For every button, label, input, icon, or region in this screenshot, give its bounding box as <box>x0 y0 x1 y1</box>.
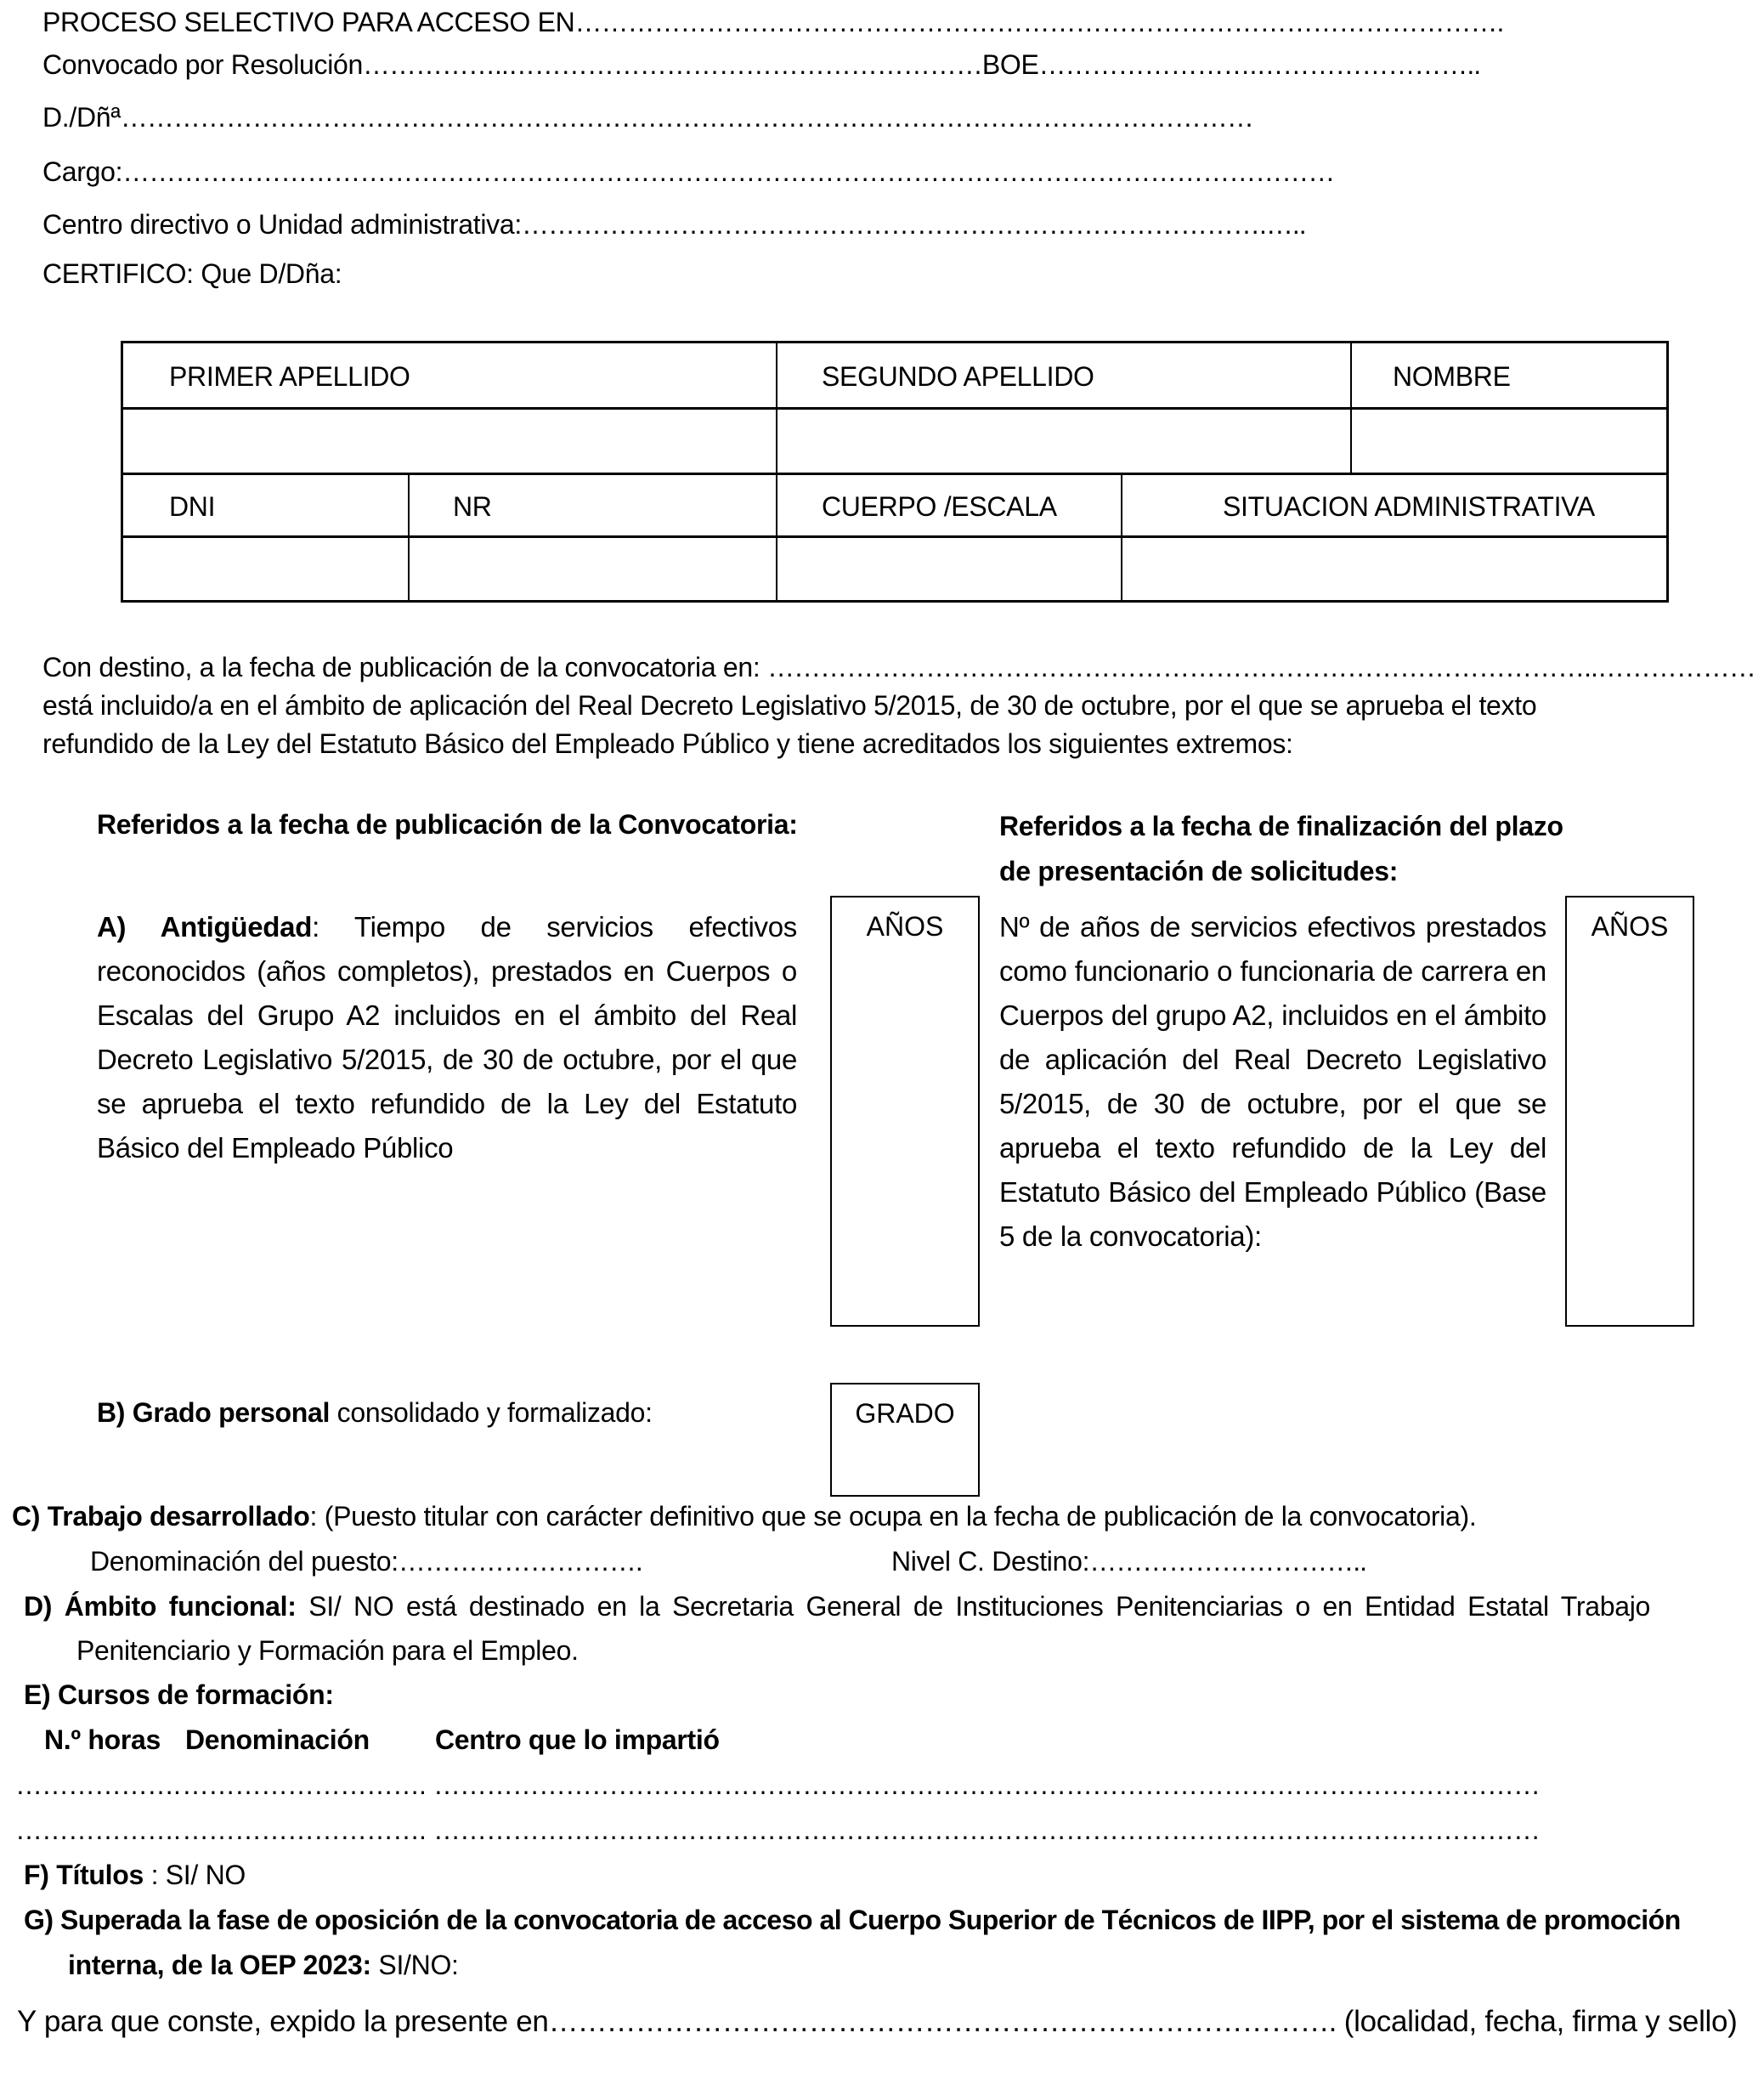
cuerpo-escala-header: CUERPO /ESCALA <box>822 490 1057 524</box>
proceso-label: PROCESO SELECTIVO PARA ACCESO EN <box>42 7 574 37</box>
table-divider <box>123 473 1666 475</box>
servicios-anos-box[interactable]: AÑOS <box>1565 896 1694 1327</box>
ambito-label: D) Ámbito funcional: <box>24 1591 297 1622</box>
antiguedad-label: A) Antigüedad <box>97 911 312 943</box>
puesto-label: Denominación del puesto: <box>90 1546 399 1577</box>
trabajo-line: C) Trabajo desarrollado: (Puesto titular… <box>12 1499 1476 1533</box>
anos-label: AÑOS <box>832 909 978 943</box>
curso-2-centro-field[interactable]: …………………………………………………………………………………………………………… <box>433 1813 1540 1847</box>
trabajo-text: : (Puesto titular con carácter definitiv… <box>310 1501 1477 1532</box>
situacion-administrativa-header: SITUACION ADMINISTRATIVA <box>1223 490 1595 524</box>
cursos-header-horas: N.º horas <box>44 1723 161 1757</box>
boe-label: BOE <box>982 49 1039 80</box>
antiguedad-text: : Tiempo de servicios efectivos reconoci… <box>97 911 797 1164</box>
nivel-label: Nivel C. Destino: <box>891 1546 1089 1577</box>
curso-2-horas-field[interactable]: ………………. <box>15 1813 180 1847</box>
destino-text-line3: refundido de la Ley del Estatuto Básico … <box>42 727 1293 761</box>
table-divider <box>776 343 777 473</box>
expido-line: Y para que conste, expido la presente en… <box>17 2003 1738 2041</box>
grado-label: B) Grado personal <box>97 1397 330 1428</box>
situacion-administrativa-field[interactable] <box>1126 541 1665 598</box>
cargo-label: Cargo: <box>42 156 122 187</box>
nr-field[interactable] <box>412 541 772 598</box>
curso-1-denominacion-field[interactable]: ………………………. <box>182 1768 426 1802</box>
grado-line: B) Grado personal consolidado y formaliz… <box>97 1396 653 1430</box>
cargo-line: Cargo:…………………………………………………………………………………………… <box>42 155 1334 189</box>
cursos-label: E) Cursos de formación: <box>24 1678 334 1712</box>
ambito-text: SI/ NO está destinado en la Secretaria G… <box>297 1591 1650 1622</box>
centro-label: Centro directivo o Unidad administrativa… <box>42 209 522 240</box>
curso-1-horas-field[interactable]: ………………. <box>15 1768 180 1802</box>
certifico-line: CERTIFICO: Que D/Dña: <box>42 257 342 291</box>
expido-label: Y para que conste, expido la presente en <box>17 2005 549 2038</box>
nivel-field[interactable]: ………………………….. <box>1089 1546 1366 1577</box>
resolucion-field[interactable]: ……………..……………………………………………… <box>363 49 982 80</box>
trabajo-label: C) Trabajo desarrollado <box>12 1501 310 1532</box>
antiguedad-paragraph: A) Antigüedad: Tiempo de servicios efect… <box>97 905 797 1170</box>
destino-line: Con destino, a la fecha de publicación d… <box>42 650 1756 684</box>
oposicion-label2: interna, de la OEP 2023: <box>68 1950 371 1980</box>
titulos-label: F) Títulos <box>24 1860 144 1890</box>
grado-text: consolidado y formalizado: <box>330 1397 653 1428</box>
left-column-heading: Referidos a la fecha de publicación de l… <box>97 807 798 841</box>
boe-field[interactable]: …………………….…………………….. <box>1039 49 1481 80</box>
grado-box-label: GRADO <box>832 1396 978 1430</box>
convocado-line: Convocado por Resolución……………..………………………… <box>42 48 1480 82</box>
cargo-field[interactable]: …………………………………………………………………………………………………………… <box>122 156 1334 187</box>
expido-suffix: (localidad, fecha, firma y sello) <box>1336 2005 1737 2038</box>
ambito-line2: Penitenciario y Formación para el Empleo… <box>76 1634 579 1667</box>
grado-box[interactable]: GRADO <box>830 1383 980 1497</box>
table-divider <box>408 473 410 603</box>
centro-field[interactable]: ………………………………………………………………………….….. <box>522 209 1306 240</box>
titulos-text: : SI/ NO <box>144 1860 246 1890</box>
expido-field[interactable]: ………………………………………………………………………. <box>549 2005 1337 2038</box>
centro-line: Centro directivo o Unidad administrativa… <box>42 207 1306 241</box>
destino-label: Con destino, a la fecha de publicación d… <box>42 652 767 682</box>
convocado-label: Convocado por Resolución <box>42 49 363 80</box>
proceso-field[interactable]: ……………………………………………………………………………………………. <box>574 7 1503 37</box>
table-divider <box>1350 343 1352 473</box>
right-column-heading-1: Referidos a la fecha de finalización del… <box>999 809 1563 843</box>
segundo-apellido-field[interactable] <box>781 411 1347 469</box>
ambito-line: D) Ámbito funcional: SI/ NO está destina… <box>24 1589 1706 1623</box>
cuerpo-escala-field[interactable] <box>781 541 1117 598</box>
cursos-header-centro: Centro que lo impartió <box>435 1723 720 1757</box>
curso-1-centro-field[interactable]: …………………………………………………………………………………………………………… <box>433 1768 1540 1802</box>
dni-field[interactable] <box>127 541 404 598</box>
oposicion-line: G) Superada la fase de oposición de la c… <box>24 1903 1681 1937</box>
puesto-line: Denominación del puesto:………………………. <box>90 1544 642 1578</box>
anos-label: AÑOS <box>1567 909 1693 943</box>
antiguedad-anos-box[interactable]: AÑOS <box>830 896 980 1327</box>
right-column-heading-2: de presentación de solicitudes: <box>999 854 1398 888</box>
primer-apellido-header: PRIMER APELLIDO <box>169 360 410 394</box>
table-divider <box>123 407 1666 410</box>
puesto-field[interactable]: ………………………. <box>399 1546 642 1577</box>
oposicion-text2: SI/NO: <box>371 1950 459 1980</box>
table-divider <box>123 535 1666 538</box>
curso-2-denominacion-field[interactable]: ………………………. <box>182 1813 426 1847</box>
dni-header: DNI <box>169 490 215 524</box>
identity-table: PRIMER APELLIDO SEGUNDO APELLIDO NOMBRE … <box>121 341 1669 603</box>
nombre-header: NOMBRE <box>1393 360 1511 394</box>
segundo-apellido-header: SEGUNDO APELLIDO <box>822 360 1094 394</box>
destino-text-line2: está incluido/a en el ámbito de aplicaci… <box>42 688 1536 722</box>
table-divider <box>776 473 777 603</box>
primer-apellido-field[interactable] <box>127 411 772 469</box>
nivel-line: Nivel C. Destino:………………………….. <box>891 1544 1366 1578</box>
table-divider <box>1121 473 1122 603</box>
proceso-line: PROCESO SELECTIVO PARA ACCESO EN……………………… <box>42 5 1503 39</box>
oposicion-line2: interna, de la OEP 2023: SI/NO: <box>68 1948 459 1982</box>
dona-label: D./Dñª <box>42 102 121 133</box>
servicios-paragraph: Nº de años de servicios efectivos presta… <box>999 905 1546 1259</box>
cursos-header-denominacion: Denominación <box>185 1723 370 1757</box>
titulos-line: F) Títulos : SI/ NO <box>24 1858 246 1892</box>
destino-field[interactable]: …………………………………………………………………………………..……………… <box>767 652 1756 682</box>
nr-header: NR <box>453 490 492 524</box>
dona-field[interactable]: …………………………………………………………………………………………………………… <box>121 102 1253 133</box>
nombre-field[interactable] <box>1355 411 1665 469</box>
dona-line: D./Dñª…………………………………………………………………………………………… <box>42 100 1253 134</box>
